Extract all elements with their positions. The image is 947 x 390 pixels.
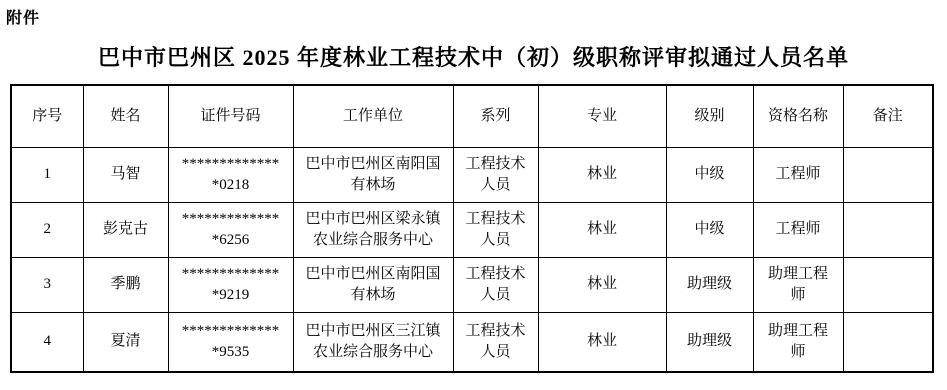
cell-id: ************* *6256 bbox=[168, 202, 293, 257]
id-masked-line: ************* bbox=[179, 321, 283, 342]
header-cell-remark: 备注 bbox=[843, 85, 933, 147]
cell-level: 助理级 bbox=[666, 257, 753, 312]
cell-work-unit: 巴中市巴州区南阳国有林场 bbox=[293, 257, 453, 312]
id-masked-line: ************* bbox=[179, 209, 283, 230]
id-masked-line: ************* bbox=[179, 264, 283, 285]
cell-work-unit: 巴中市巴州区梁永镇农业综合服务中心 bbox=[293, 202, 453, 257]
header-cell-qualification: 资格名称 bbox=[753, 85, 843, 147]
header-cell-major: 专业 bbox=[538, 85, 666, 147]
cell-qualification: 助理工程师 bbox=[753, 312, 843, 372]
cell-remark bbox=[843, 202, 933, 257]
cell-name: 夏清 bbox=[83, 312, 168, 372]
table-row: 2 彭克古 ************* *6256 巴中市巴州区梁永镇农业综合服… bbox=[11, 202, 933, 257]
cell-name: 季鹏 bbox=[83, 257, 168, 312]
header-cell-level: 级别 bbox=[666, 85, 753, 147]
header-cell-seq: 序号 bbox=[11, 85, 83, 147]
cell-remark bbox=[843, 312, 933, 372]
cell-major: 林业 bbox=[538, 147, 666, 202]
table-header-row: 序号 姓名 证件号码 工作单位 系列 专业 级别 资格名称 备注 bbox=[11, 85, 933, 147]
cell-seq: 4 bbox=[11, 312, 83, 372]
cell-id: ************* *9535 bbox=[168, 312, 293, 372]
table-row: 4 夏清 ************* *9535 巴中市巴州区三江镇农业综合服务… bbox=[11, 312, 933, 372]
header-cell-name: 姓名 bbox=[83, 85, 168, 147]
table-row: 3 季鹏 ************* *9219 巴中市巴州区南阳国有林场 工程… bbox=[11, 257, 933, 312]
cell-work-unit: 巴中市巴州区三江镇农业综合服务中心 bbox=[293, 312, 453, 372]
cell-qualification: 助理工程师 bbox=[753, 257, 843, 312]
cell-level: 助理级 bbox=[666, 312, 753, 372]
cell-qualification: 工程师 bbox=[753, 147, 843, 202]
cell-series: 工程技术人员 bbox=[453, 257, 538, 312]
cell-level: 中级 bbox=[666, 147, 753, 202]
cell-series: 工程技术人员 bbox=[453, 202, 538, 257]
header-cell-work-unit: 工作单位 bbox=[293, 85, 453, 147]
cell-major: 林业 bbox=[538, 202, 666, 257]
cell-seq: 3 bbox=[11, 257, 83, 312]
id-masked-line: ************* bbox=[179, 154, 283, 175]
header-cell-series: 系列 bbox=[453, 85, 538, 147]
cell-id: ************* *0218 bbox=[168, 147, 293, 202]
roster-table: 序号 姓名 证件号码 工作单位 系列 专业 级别 资格名称 备注 1 马智 **… bbox=[10, 84, 934, 373]
cell-name: 彭克古 bbox=[83, 202, 168, 257]
cell-level: 中级 bbox=[666, 202, 753, 257]
id-tail-line: *6256 bbox=[179, 230, 283, 251]
cell-series: 工程技术人员 bbox=[453, 312, 538, 372]
cell-series: 工程技术人员 bbox=[453, 147, 538, 202]
id-tail-line: *9219 bbox=[179, 285, 283, 306]
document-page: 附件 巴中市巴州区 2025 年度林业工程技术中（初）级职称评审拟通过人员名单 … bbox=[0, 0, 947, 390]
cell-name: 马智 bbox=[83, 147, 168, 202]
id-tail-line: *9535 bbox=[179, 342, 283, 363]
cell-major: 林业 bbox=[538, 312, 666, 372]
cell-remark bbox=[843, 257, 933, 312]
cell-id: ************* *9219 bbox=[168, 257, 293, 312]
id-tail-line: *0218 bbox=[179, 175, 283, 196]
table-row: 1 马智 ************* *0218 巴中市巴州区南阳国有林场 工程… bbox=[11, 147, 933, 202]
cell-seq: 2 bbox=[11, 202, 83, 257]
header-cell-id: 证件号码 bbox=[168, 85, 293, 147]
cell-qualification: 工程师 bbox=[753, 202, 843, 257]
cell-seq: 1 bbox=[11, 147, 83, 202]
attachment-label: 附件 bbox=[6, 5, 40, 28]
page-title: 巴中市巴州区 2025 年度林业工程技术中（初）级职称评审拟通过人员名单 bbox=[0, 41, 947, 72]
cell-major: 林业 bbox=[538, 257, 666, 312]
cell-remark bbox=[843, 147, 933, 202]
cell-work-unit: 巴中市巴州区南阳国有林场 bbox=[293, 147, 453, 202]
